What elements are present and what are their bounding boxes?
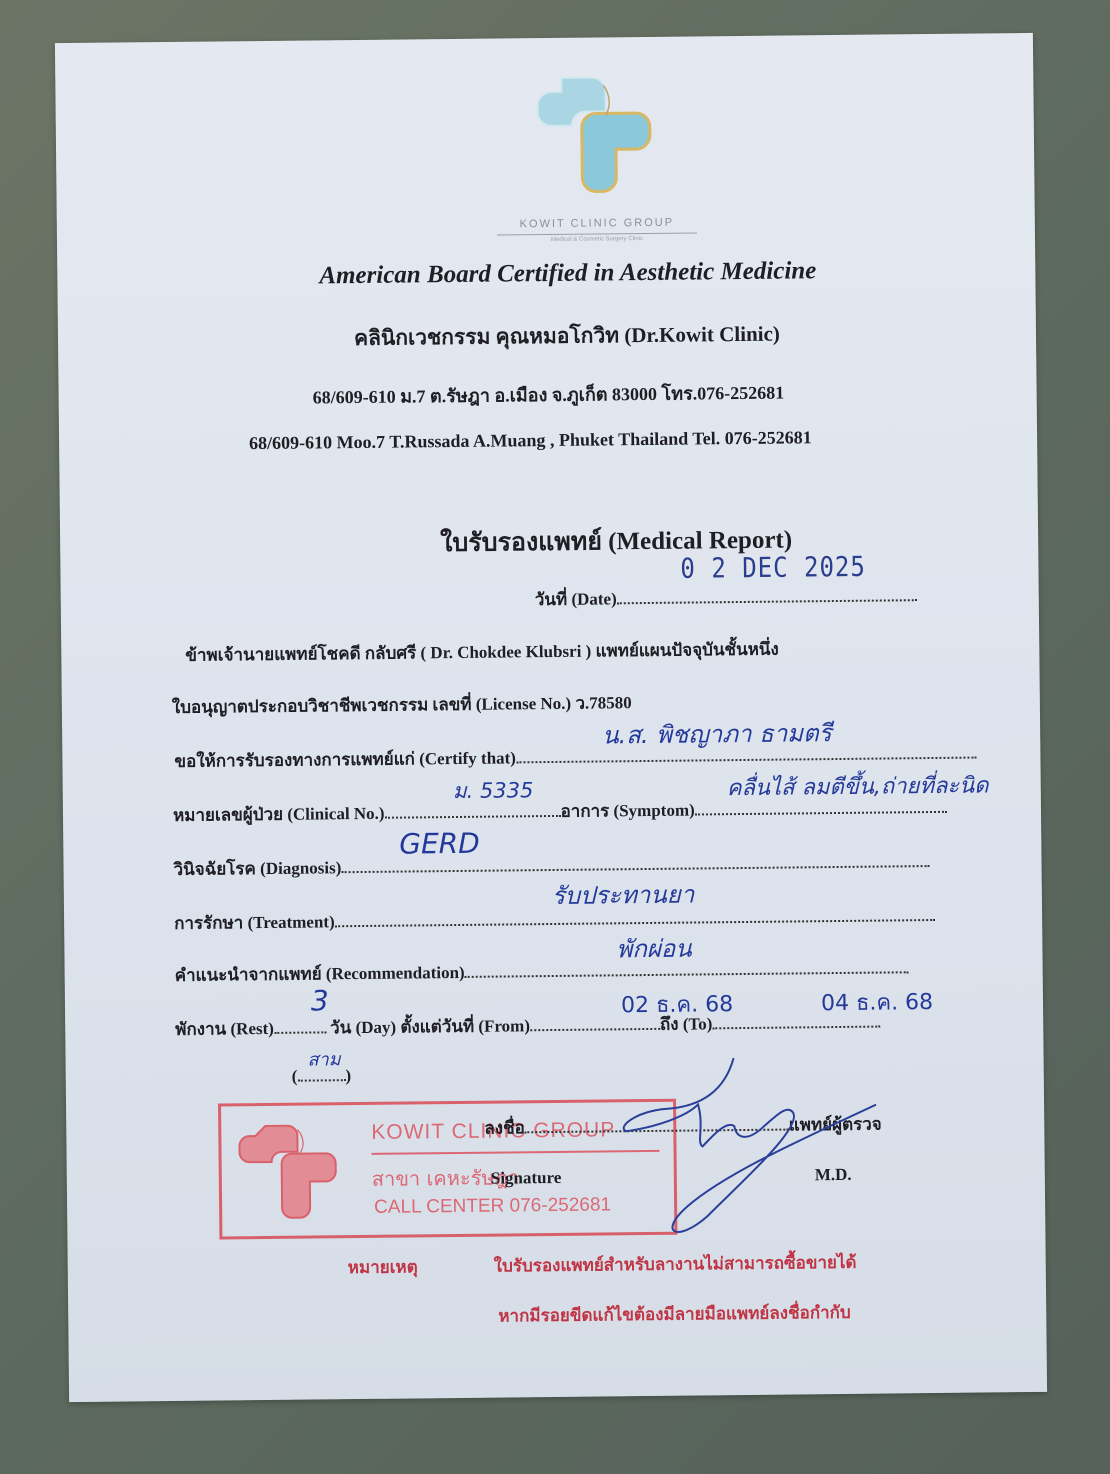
clinic-name: คลินิกเวชกรรม คุณหมอโกวิท (Dr.Kowit Clin… (354, 318, 780, 355)
address-thai: 68/609-610 ม.7 ต.รัษฎา อ.เมือง จ.ภูเก็ต … (312, 378, 784, 412)
signature-field: ลงชื่อแพทย์ผู้ตรวจ (484, 1111, 882, 1142)
certification-heading: American Board Certified in Aesthetic Me… (319, 257, 816, 290)
recommendation-dotted-line (465, 967, 909, 978)
license-line: ใบอนุญาตประกอบวิชาชีพเวชกรรม เลขที่ (Lic… (172, 689, 632, 721)
rest-dotted-line (274, 1027, 326, 1034)
certify-dotted-line (516, 753, 976, 764)
date-stamp-value: 0 2 DEC 2025 (680, 551, 866, 585)
symptom-handwritten: คลื่นไส้ ลมตีขึ้น,ถ่ายที่ละนิด (727, 767, 989, 805)
signature-dotted-line (525, 1125, 789, 1134)
certify-label: ขอให้การรับรองทางการแพทย์แก่ (Certify th… (174, 748, 516, 771)
paren-close: ) (345, 1066, 351, 1085)
treatment-handwritten: รับประทานยา (552, 875, 695, 915)
note-label: หมายเหตุ (348, 1253, 418, 1281)
address-english: 68/609-610 Moo.7 T.Russada A.Muang , Phu… (249, 427, 812, 454)
diagnosis-label: วินิจฉัยโรค (Diagnosis) (173, 858, 341, 879)
note-line-2: หากมีรอยขีดแก้ไขต้องมีลายมือแพทย์ลงชื่อก… (498, 1299, 851, 1330)
treatment-label: การรักษา (Treatment) (174, 912, 335, 933)
rest-label: พักงาน (Rest) (175, 1019, 274, 1039)
clinical-no-handwritten: ม. 5335 (453, 774, 534, 808)
logo-name: KOWIT CLINIC GROUP (497, 216, 697, 230)
doctor-statement: ข้าพเจ้านายแพทย์โชคดี กลับศรี ( Dr. Chok… (185, 636, 779, 669)
date-dotted-line (617, 595, 917, 604)
to-dotted-line (712, 1022, 880, 1030)
rest-in-words-handwritten: สาม (307, 1044, 340, 1073)
from-dotted-line (530, 1024, 660, 1031)
note-line-1: ใบรับรองแพทย์สำหรับลางานไม่สามารถซื้อขาย… (494, 1249, 857, 1280)
md-caption: M.D. (815, 1165, 852, 1185)
rest-days-handwritten: 3 (311, 984, 329, 1017)
recommendation-label: คำแนะนำจากแพทย์ (Recommendation) (175, 963, 465, 985)
clinical-no-label: หมายเลขผู้ป่วย (Clinical No.) (173, 804, 385, 825)
stamp-cross-logo-icon (235, 1117, 346, 1226)
examiner-label: แพทย์ผู้ตรวจ (789, 1115, 882, 1135)
rest-words-dotted-line (297, 1075, 345, 1082)
day-from-label: วัน (Day) ตั้งแต่วันที่ (From) (330, 1016, 530, 1037)
to-date-handwritten: 04 ธ.ค. 68 (821, 984, 933, 1020)
treatment-dotted-line (335, 915, 935, 927)
clinical-no-dotted-line (385, 811, 561, 819)
kowit-clinic-logo-icon (521, 67, 672, 209)
stamp-call-center: CALL CENTER 076-252681 (374, 1194, 611, 1218)
date-label: วันที่ (Date) (535, 589, 617, 609)
diagnosis-handwritten: GERD (399, 827, 480, 861)
recommendation-handwritten: พักผ่อน (616, 929, 692, 969)
symptom-label: อาการ (Symptom) (560, 801, 694, 821)
sign-label: ลงชื่อ (484, 1118, 525, 1137)
date-field: วันที่ (Date) (535, 582, 917, 613)
patient-name-handwritten: น.ส. พิชญาภา ธามตรี (602, 713, 832, 754)
recommendation-field: คำแนะนำจากแพทย์ (Recommendation) (175, 954, 909, 989)
signature-caption: Signature (491, 1168, 562, 1189)
medical-report-paper: KOWIT CLINIC GROUP Medical & Cosmetic Su… (55, 33, 1047, 1402)
rest-field: พักงาน (Rest) วัน (Day) ตั้งแต่วันที่ (F… (175, 1009, 880, 1043)
stamp-divider (372, 1150, 660, 1155)
symptom-dotted-line (695, 807, 947, 816)
from-date-handwritten: 02 ธ.ค. 68 (621, 986, 733, 1022)
diagnosis-dotted-line (341, 861, 929, 873)
logo-subtitle: Medical & Cosmetic Surgery Clinic (497, 232, 697, 243)
